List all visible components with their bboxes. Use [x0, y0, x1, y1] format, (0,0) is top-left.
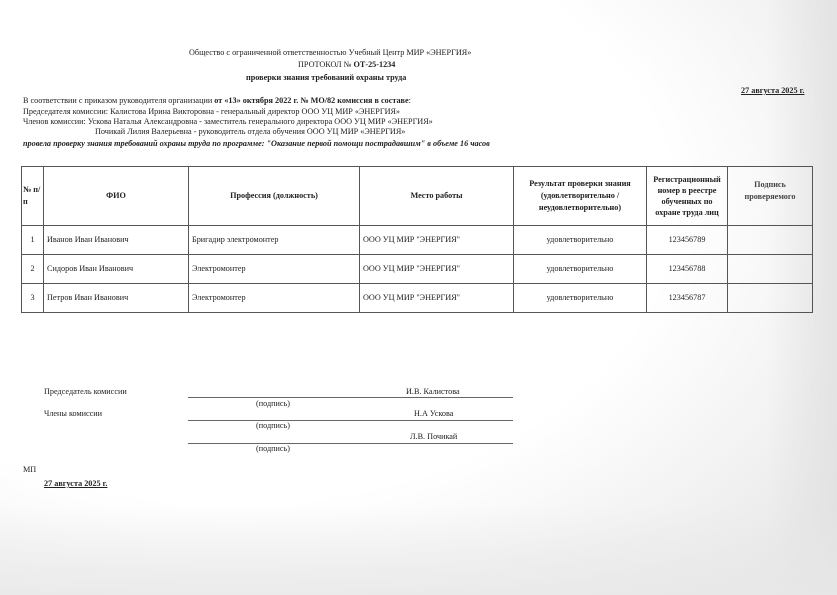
- header-signature: Подпись проверяемого: [728, 167, 813, 226]
- cell-workplace: ООО УЦ МИР "ЭНЕРГИЯ": [360, 226, 514, 255]
- cell-fio: Иванов Иван Иванович: [44, 226, 189, 255]
- header-fio: ФИО: [44, 167, 189, 226]
- member1-name: Н.А Ускова: [414, 409, 453, 418]
- cell-fio: Петров Иван Иванович: [44, 284, 189, 313]
- signature-caption: (подпись): [256, 399, 290, 408]
- cell-signature: [728, 226, 813, 255]
- results-table: № п/п ФИО Профессия (должность) Место ра…: [21, 166, 813, 313]
- signature-date: 27 августа 2025 г.: [44, 479, 107, 488]
- table-header-row: № п/п ФИО Профессия (должность) Место ра…: [22, 167, 813, 226]
- member2-line: Почикай Лилия Валерьевна - руководитель …: [95, 127, 405, 136]
- cell-signature: [728, 255, 813, 284]
- cell-num: 2: [22, 255, 44, 284]
- cell-result: удовлетворительно: [514, 255, 647, 284]
- protocol-title: ПРОТОКОЛ № ОТ-25-1234: [298, 60, 395, 69]
- chairman-name: И.В. Калистова: [406, 387, 460, 396]
- member2-signature-line: [188, 443, 513, 444]
- cell-signature: [728, 284, 813, 313]
- header-result: Результат проверки знания (удовлетворите…: [514, 167, 647, 226]
- order-prefix: В соответствии с приказом руководителя о…: [23, 96, 214, 105]
- header-reg-number: Регистрационный номер в реестре обученны…: [647, 167, 728, 226]
- order-line: В соответствии с приказом руководителя о…: [23, 96, 411, 105]
- table-row: 1 Иванов Иван Иванович Бригадир электром…: [22, 226, 813, 255]
- cell-workplace: ООО УЦ МИР "ЭНЕРГИЯ": [360, 284, 514, 313]
- cell-num: 3: [22, 284, 44, 313]
- chairman-line: Председателя комиссии: Калистова Ирина В…: [23, 107, 400, 116]
- protocol-date: 27 августа 2025 г.: [741, 86, 804, 95]
- cell-profession: Электромонтер: [189, 255, 360, 284]
- header-num: № п/п: [22, 167, 44, 226]
- members-label: Члены комиссии: [44, 409, 102, 418]
- cell-reg-number: 123456789: [647, 226, 728, 255]
- table-row: 3 Петров Иван Иванович Электромонтер ООО…: [22, 284, 813, 313]
- cell-workplace: ООО УЦ МИР "ЭНЕРГИЯ": [360, 255, 514, 284]
- program-line: провела проверку знания требований охран…: [23, 139, 490, 148]
- member1-line: Членов комиссии: Ускова Наталья Александ…: [23, 117, 433, 126]
- chairman-signature-line: [188, 397, 513, 398]
- organization-name: Общество с ограниченной ответственностью…: [189, 48, 471, 57]
- protocol-number: ОТ-25-1234: [354, 60, 396, 69]
- cell-result: удовлетворительно: [514, 226, 647, 255]
- protocol-subtitle: проверки знания требований охраны труда: [246, 73, 406, 82]
- chairman-label: Председатель комиссии: [44, 387, 127, 396]
- cell-profession: Бригадир электромонтер: [189, 226, 360, 255]
- cell-profession: Электромонтер: [189, 284, 360, 313]
- page-shadow-bottom: [0, 505, 837, 595]
- order-details: от «13» октября 2022 г. № МО/82 комиссия…: [214, 96, 408, 105]
- protocol-prefix: ПРОТОКОЛ №: [298, 60, 354, 69]
- header-workplace: Место работы: [360, 167, 514, 226]
- signature-caption: (подпись): [256, 444, 290, 453]
- member1-signature-line: [188, 420, 513, 421]
- table-row: 2 Сидоров Иван Иванович Электромонтер ОО…: [22, 255, 813, 284]
- cell-fio: Сидоров Иван Иванович: [44, 255, 189, 284]
- cell-reg-number: 123456787: [647, 284, 728, 313]
- order-suffix: :: [409, 96, 411, 105]
- member2-name: Л.В. Почикай: [410, 432, 457, 441]
- stamp-label: МП: [23, 465, 36, 474]
- cell-reg-number: 123456788: [647, 255, 728, 284]
- signature-caption: (подпись): [256, 421, 290, 430]
- cell-result: удовлетворительно: [514, 284, 647, 313]
- cell-num: 1: [22, 226, 44, 255]
- header-profession: Профессия (должность): [189, 167, 360, 226]
